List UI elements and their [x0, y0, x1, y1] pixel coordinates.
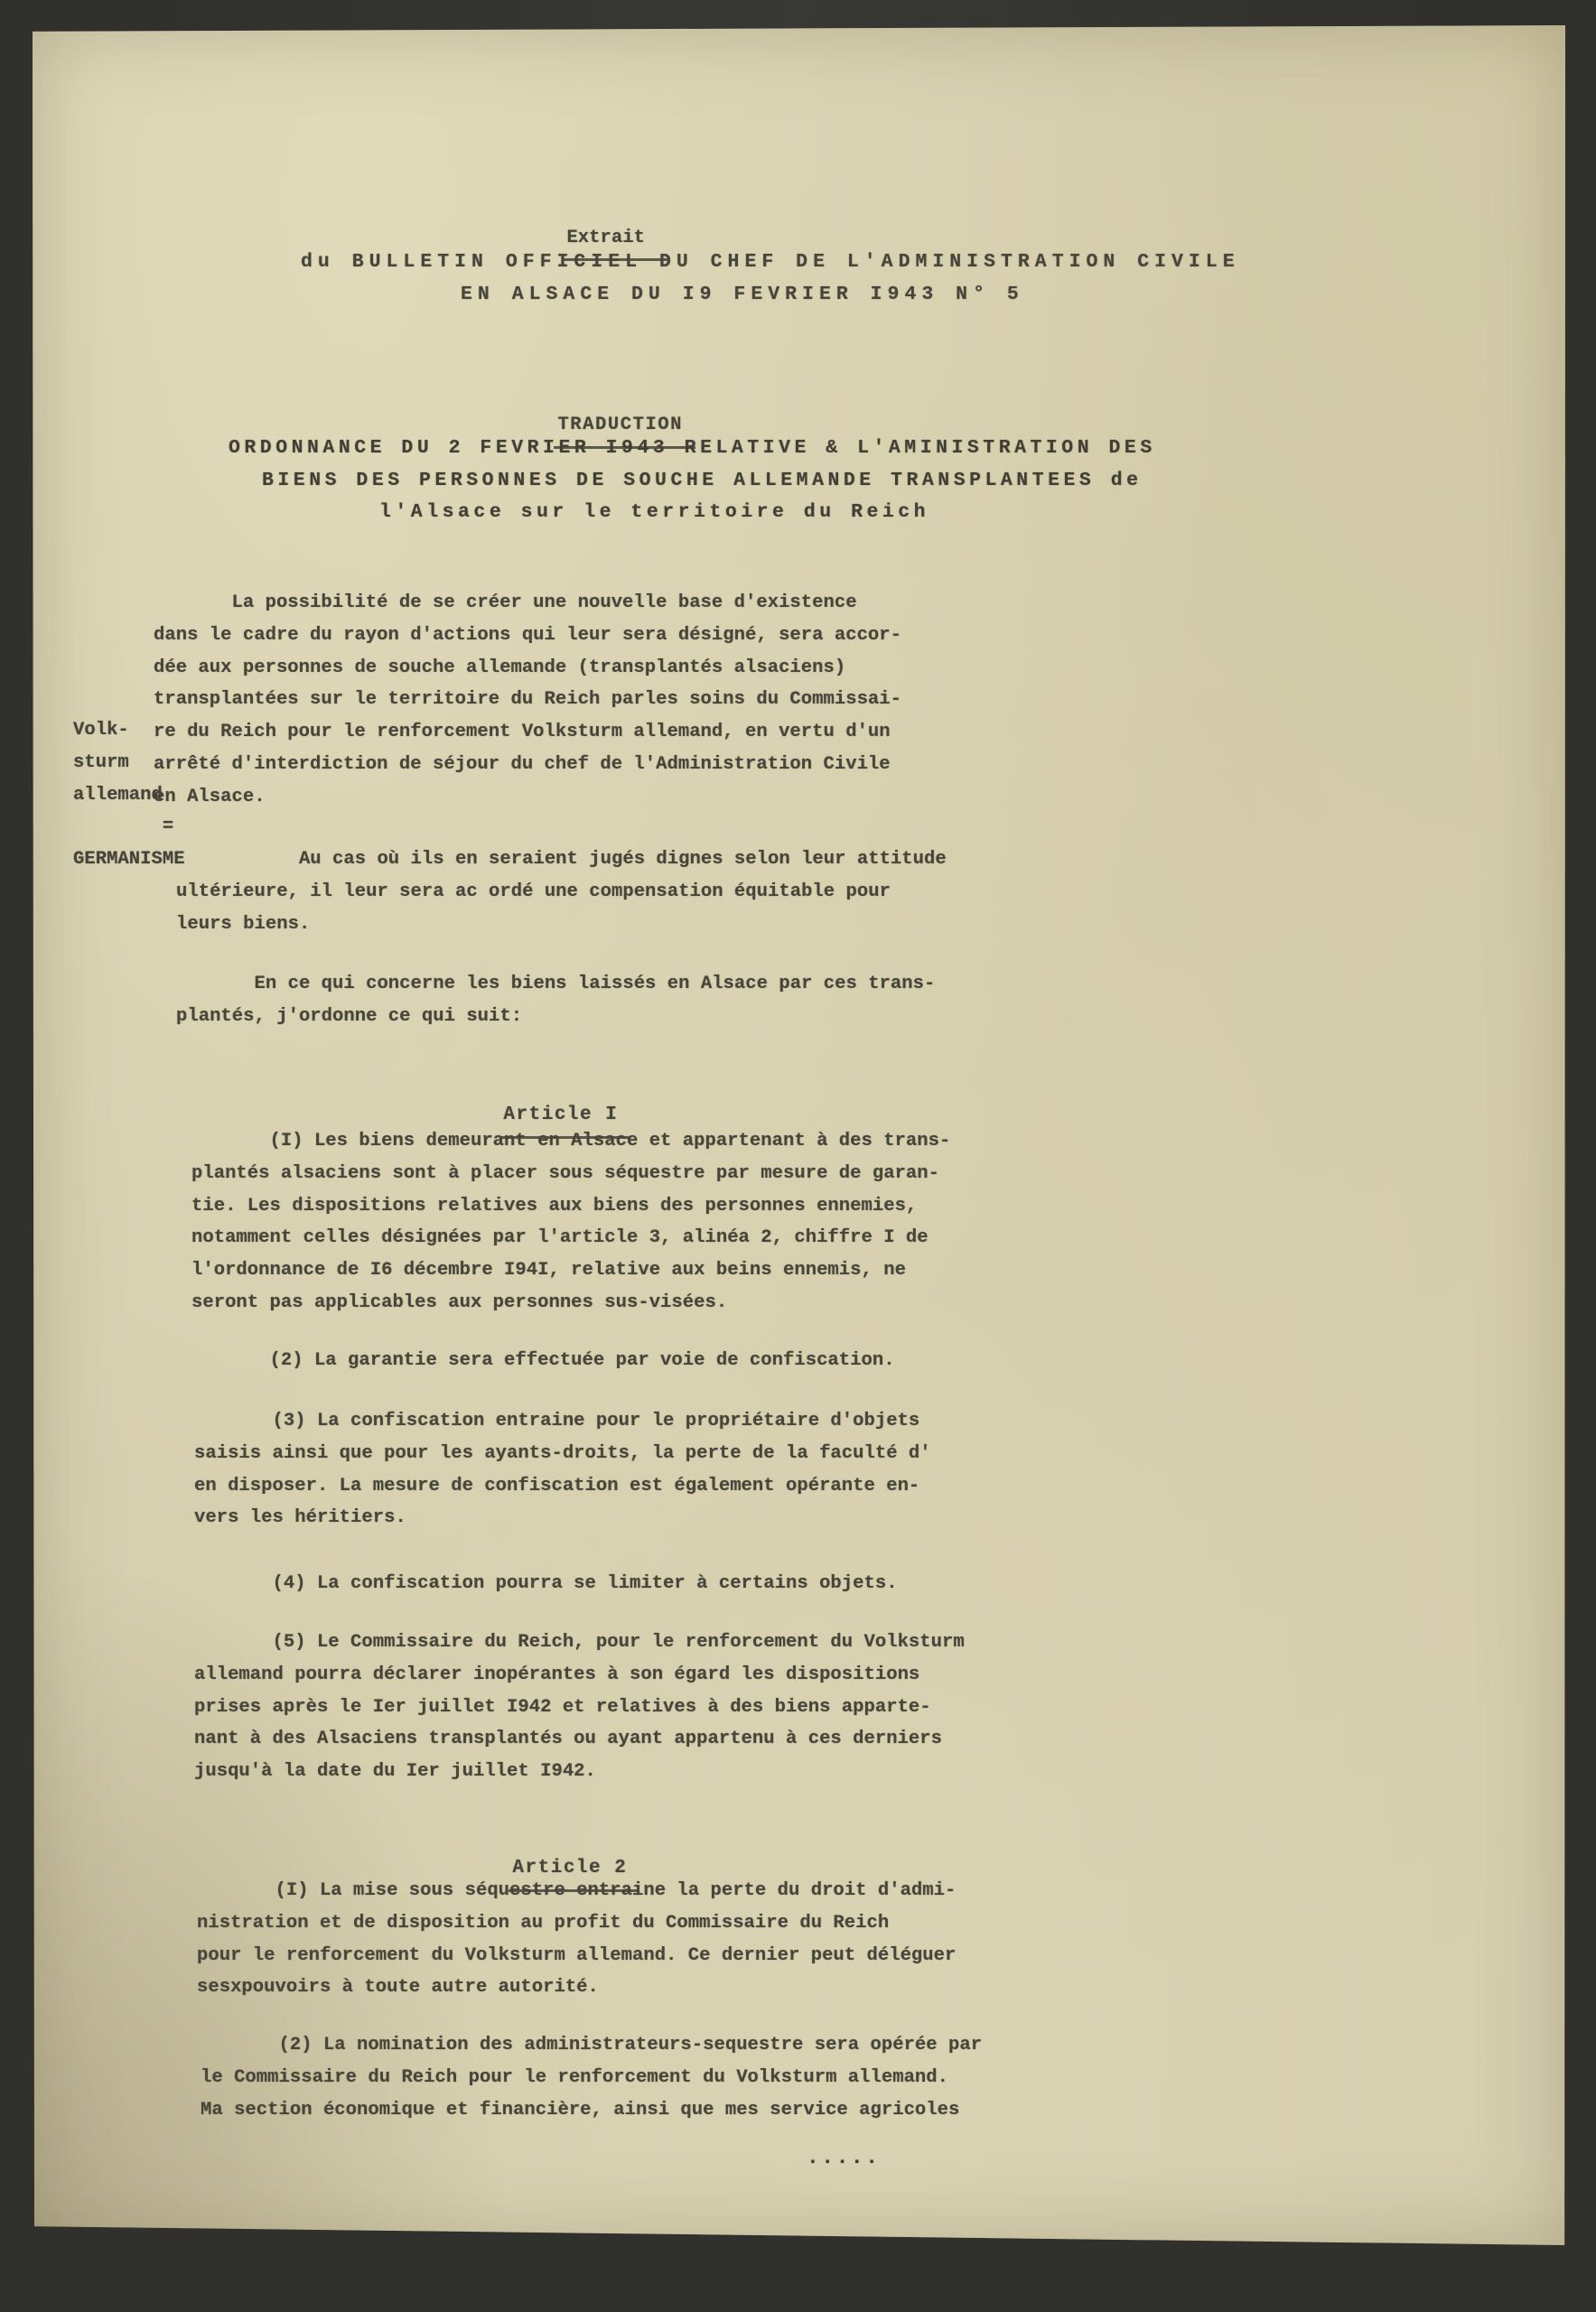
bulletin-title-line-2: EN ALSACE DU I9 FEVRIER I943 N° 5	[461, 279, 1024, 312]
intro-paragraph: La possibilité de se créer une nouvelle …	[154, 587, 901, 814]
article-2-paragraph-1: (I) La mise sous séquestre entraine la p…	[197, 1875, 956, 2004]
document-page: Extrait du BULLETIN OFFICIEL DU CHEF DE …	[33, 25, 1565, 2245]
ordinance-title-line-3: l'Alsace sur le territoire du Reich	[379, 497, 929, 529]
ordinance-title-line-2: BIENS DES PERSONNES DE SOUCHE ALLEMANDE …	[262, 465, 1143, 498]
bulletin-title-line-1: du BULLETIN OFFICIEL DU CHEF DE L'ADMINI…	[301, 247, 1240, 279]
article-2-paragraph-2: (2) La nomination des administrateurs-se…	[201, 2029, 982, 2126]
order-paragraph: En ce qui concerne les biens laissés en …	[176, 968, 935, 1033]
article-1-paragraph-1: (I) Les biens demeurant en Alsace et app…	[191, 1125, 950, 1319]
compensation-paragraph: Au cas où ils en seraient jugés dignes s…	[176, 844, 947, 940]
article-1-paragraph-5: (5) Le Commissaire du Reich, pour le ren…	[194, 1627, 965, 1788]
article-1-paragraph-2: (2) La garantie sera effectuée par voie …	[191, 1345, 895, 1377]
ordinance-title-line-1: ORDONNANCE DU 2 FEVRIER I943 RELATIVE & …	[229, 433, 1156, 465]
article-1-paragraph-4: (4) La confiscation pourra se limiter à …	[194, 1568, 898, 1600]
article-1-paragraph-3: (3) La confiscation entraine pour le pro…	[194, 1405, 931, 1534]
continuation-dots: .....	[807, 2142, 881, 2175]
